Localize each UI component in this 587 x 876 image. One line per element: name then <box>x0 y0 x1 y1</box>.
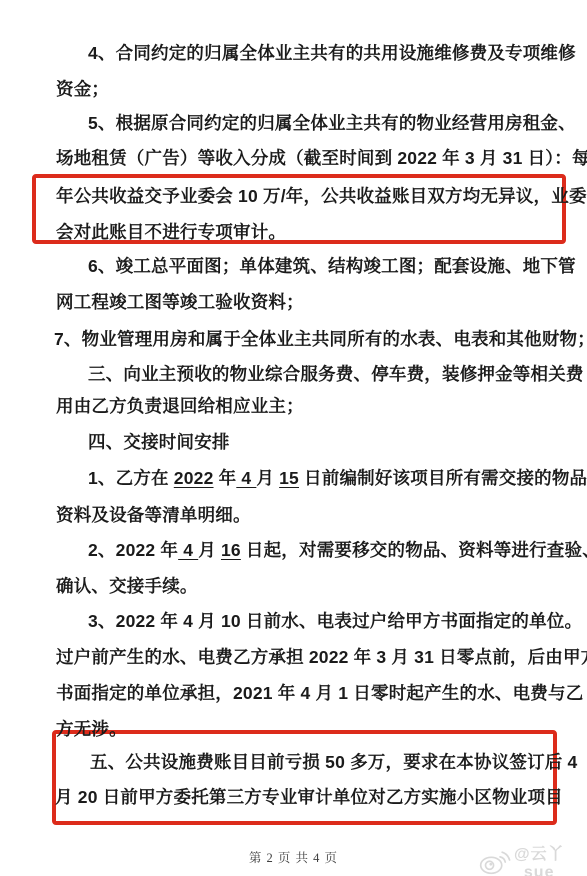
document-line: 方无涉。 <box>56 719 127 739</box>
document-line: 三、向业主预收的物业综合服务费、停车费，装修押金等相关费 <box>88 364 584 384</box>
document-line: 资料及设备等清单明细。 <box>56 505 251 525</box>
document-line: 五、公共设施费账目目前亏损 50 多万，要求在本协议签订后 4 <box>90 752 577 772</box>
document-page: 4、合同约定的归属全体业主共有的共用设施维修费及专项维修资金；5、根据原合同约定… <box>0 0 587 876</box>
document-line: 确认、交接手续。 <box>56 576 198 596</box>
document-line: 用由乙方负责退回给相应业主； <box>56 396 304 416</box>
document-line: 6、竣工总平面图；单体建筑、结构竣工图；配套设施、地下管 <box>88 256 576 276</box>
document-line: 7、物业管理用房和属于全体业主共同所有的水表、电表和其他财物； <box>54 329 587 349</box>
document-line: 4、合同约定的归属全体业主共有的共用设施维修费及专项维修 <box>88 43 576 63</box>
document-line: 过户前产生的水、电费乙方承担 2022 年 3 月 31 日零点前，后由甲方 <box>56 647 587 667</box>
document-line: 5、根据原合同约定的归属全体业主共有的物业经营用房租金、 <box>88 113 576 133</box>
weibo-icon <box>479 848 511 875</box>
document-line: 2、2022 年 4 月 16 日起，对需要移交的物品、资料等进行查验、 <box>88 540 587 560</box>
document-line: 会对此账目不进行专项审计。 <box>56 222 286 242</box>
document-line: 月 20 日前甲方委托第三方专业审计单位对乙方实施小区物业项目 <box>55 787 563 807</box>
document-line: 四、交接时间安排 <box>88 432 230 452</box>
document-line: 年公共收益交予业委会 10 万/年，公共收益账目双方均无异议，业委 <box>56 186 587 206</box>
document-line: 书面指定的单位承担，2021 年 4 月 1 日零时起产生的水、电费与乙 <box>56 683 583 703</box>
document-line: 3、2022 年 4 月 10 日前水、电表过户给甲方书面指定的单位。 <box>88 611 582 631</box>
highlight-box-2 <box>52 730 557 825</box>
watermark: @云丫_sue <box>479 841 587 876</box>
document-line: 网工程竣工图等竣工验收资料； <box>56 292 304 312</box>
document-line: 资金； <box>56 79 109 99</box>
document-line: 场地租赁（广告）等收入分成（截至时间到 2022 年 3 月 31 日）：每 <box>56 148 587 168</box>
watermark-text: @云丫_sue <box>514 841 587 876</box>
document-line: 1、乙方在 2022 年 4 月 15 日前编制好该项目所有需交接的物品、 <box>88 468 587 488</box>
